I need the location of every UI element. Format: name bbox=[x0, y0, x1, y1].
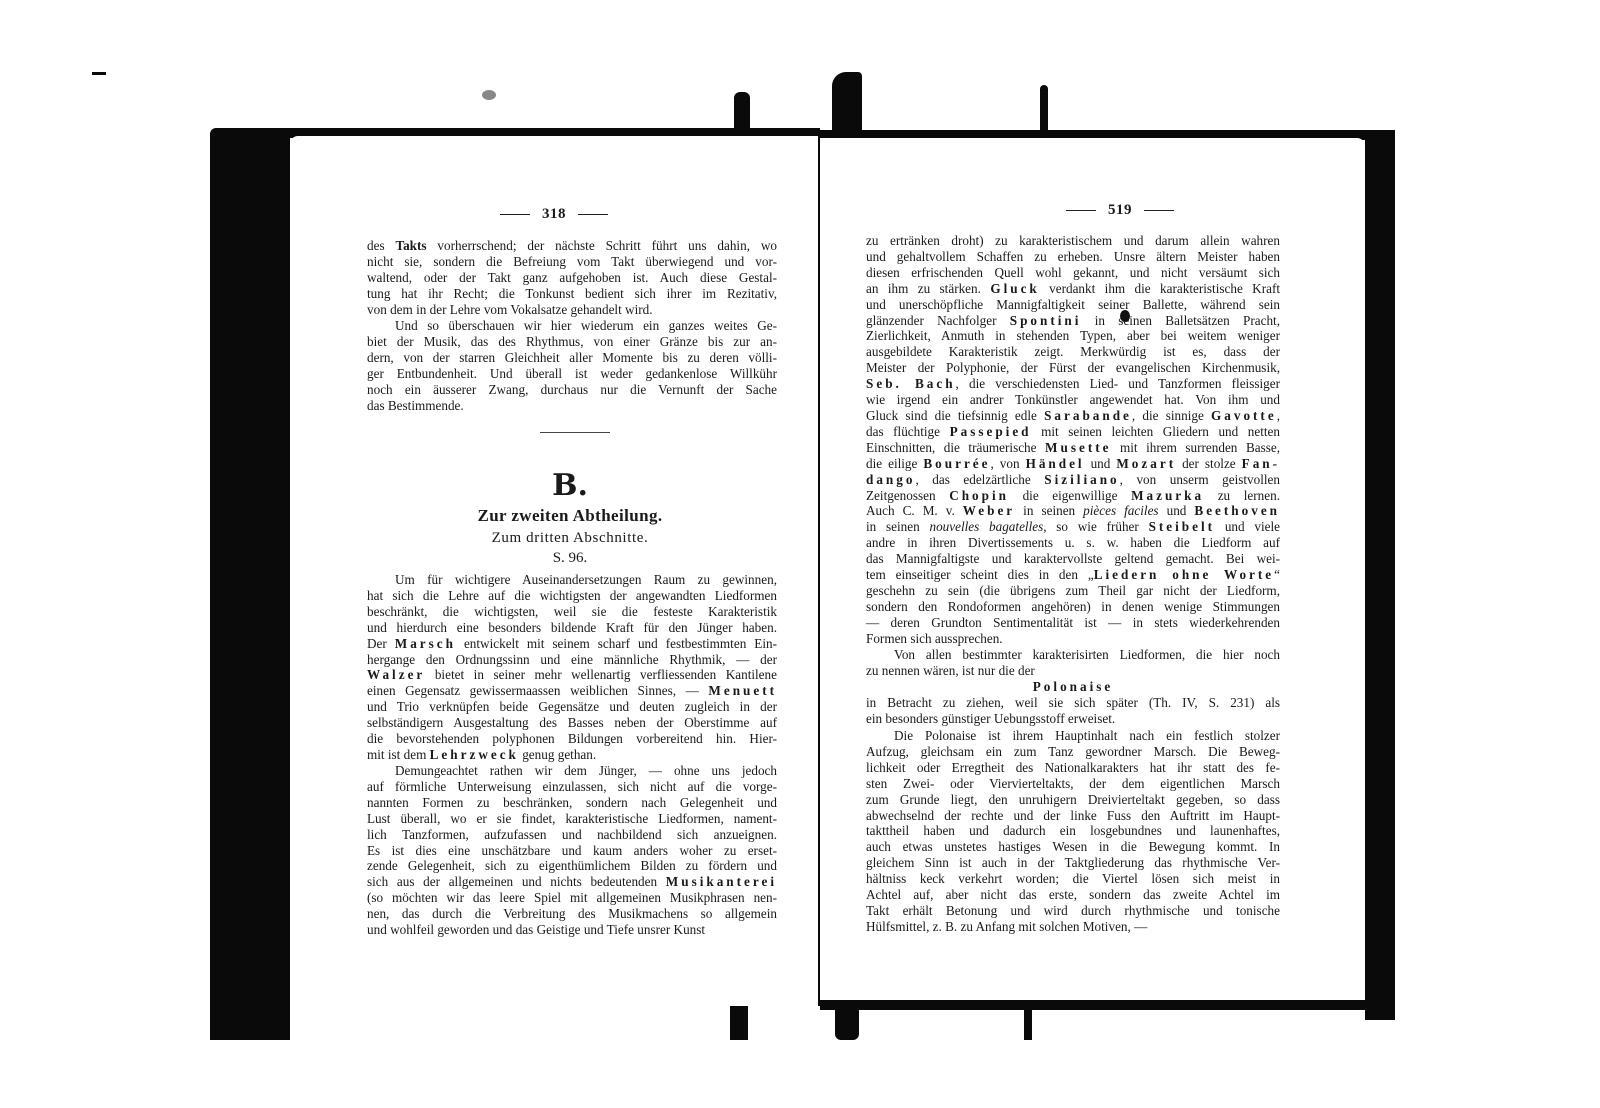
text-line: und hierdurch eine besonders bildende Kr… bbox=[367, 620, 777, 636]
clip-left-bottom bbox=[730, 1006, 748, 1040]
clip-left-top bbox=[734, 92, 750, 134]
text-line: Hülfsmittel, z. B. zu Anfang mit solchen… bbox=[866, 919, 1280, 935]
text-line: takttheil haben und dadurch ein losgebun… bbox=[866, 823, 1280, 839]
clip-right-top bbox=[1040, 85, 1048, 135]
text-line: und gehaltvollem Schaffen zu erheben. Un… bbox=[866, 249, 1280, 265]
page-number-right: 519 bbox=[820, 202, 1420, 219]
text-line: Und so überschauen wir hier wiederum ein… bbox=[367, 318, 777, 334]
polonaise-term: Polonaise bbox=[866, 679, 1280, 695]
text-line: Zierlichkeit, Anmuth in stehenden Typen,… bbox=[866, 328, 1280, 344]
text-line: einen Gegensatz gewissermaassen weiblich… bbox=[367, 683, 777, 699]
right-paragraph-liedformen-intro: Von allen bestimmter karakterisirten Lie… bbox=[866, 647, 1280, 679]
text-line: zu ertränken droht) zu karakteristischem… bbox=[866, 233, 1280, 249]
ink-blot bbox=[1120, 310, 1130, 322]
text-line: sten Zwei- oder Vierviertelta­kts, der d… bbox=[866, 776, 1280, 792]
text-line: Formen sich aussprechen. bbox=[866, 631, 1280, 647]
text-line: an ihm zu stärken. Gluck verdankt ihm di… bbox=[866, 281, 1280, 297]
text-line: lichkeit oder Erregtheit des Nationalkar… bbox=[866, 760, 1280, 776]
page-number-left: 318 bbox=[290, 206, 818, 223]
right-paragraph-masters: zu ertränken droht) zu karakteristischem… bbox=[866, 233, 1280, 647]
text-line: zu nennen wären, ist nur die der bbox=[866, 663, 1280, 679]
text-line: auf förmliche Unterweisung einzulassen, … bbox=[367, 779, 777, 795]
dust-speck bbox=[482, 90, 496, 100]
text-line: Es ist dies eine unschätzbare und kaum a… bbox=[367, 843, 777, 859]
text-line: Um für wichtigere Auseinandersetzungen R… bbox=[367, 572, 777, 588]
left-continuation-text: des Takts vorherrschend; der nächste Sch… bbox=[367, 238, 777, 318]
book-cover-left-edge bbox=[210, 128, 290, 1040]
text-line: Von allen bestimmter karakterisirten Lie… bbox=[866, 647, 1280, 663]
section-divider-rule bbox=[540, 432, 610, 433]
text-line: in Betracht zu ziehen, weil sie sich spä… bbox=[866, 695, 1280, 711]
text-line: die bevorstehenden polyphonen Bildungen … bbox=[367, 731, 777, 747]
text-line: selbständigern Ausgestaltung des Basses … bbox=[367, 715, 777, 731]
text-line: das flüchtige Passepied mit seinen leich… bbox=[866, 424, 1280, 440]
text-line: Takt erhält Betonung und wird durch rhyt… bbox=[866, 903, 1280, 919]
text-line: diesen erfrischenden Quell wohl gekannt,… bbox=[866, 265, 1280, 281]
text-line: (so möchten wir das leere Spiel mit allg… bbox=[367, 890, 777, 906]
text-line: waltend, oder der Takt ganz aufgehoben i… bbox=[367, 270, 777, 286]
text-line: biet der Musik, das des Rhythmus, von ei… bbox=[367, 334, 777, 350]
left-paragraph-liedformen: Um für wichtigere Auseinandersetzungen R… bbox=[367, 572, 777, 763]
text-line: ausgebildete Karakteristik zeigt. Merkwü… bbox=[866, 344, 1280, 360]
text-line: die eilige Bourrée, von Händel und Mozar… bbox=[866, 456, 1280, 472]
text-line: und wohlfeil geworden und das Geistige u… bbox=[367, 922, 777, 938]
text-line: nannten Formen zu beschränken, sondern n… bbox=[367, 795, 777, 811]
text-line: das Bestimmende. bbox=[367, 398, 777, 414]
section-subtitle: Zum dritten Abschnitte. bbox=[290, 530, 850, 547]
text-line: geschehn zu sein (die übrigens zum Theil… bbox=[866, 583, 1280, 599]
text-line: sich aus der allgemeinen und nichts bede… bbox=[367, 874, 777, 890]
left-paragraph-rhythm-summary: Und so überschauen wir hier wiederum ein… bbox=[367, 318, 777, 413]
page-number-dash bbox=[578, 214, 608, 215]
text-line: von dem in der Lehre vom Vokalsatze geha… bbox=[367, 302, 777, 318]
text-line: Aufzug, gleichsam ein zum Tanz gewordner… bbox=[866, 744, 1280, 760]
text-line: nicht sie, sondern die Befreiung vom Tak… bbox=[367, 254, 777, 270]
text-line: beschränkt, die wichtigsten, weil sie di… bbox=[367, 604, 777, 620]
text-line: das Mannigfaltigste und karaktervollste … bbox=[866, 551, 1280, 567]
text-line: Walzer bietet in seiner mehr wellenartig… bbox=[367, 667, 777, 683]
page-number-dash bbox=[1066, 210, 1096, 211]
text-line: Gluck sind die tiefsinnig edle Sarabande… bbox=[866, 408, 1280, 424]
text-line: dern, von der starren Gleichheit aller M… bbox=[367, 350, 777, 366]
text-line: in seinen nouvelles bagatelles, so wie f… bbox=[866, 519, 1280, 535]
text-line: Meister der Polyphonie, der Fürst der ev… bbox=[866, 360, 1280, 376]
text-line: Achtel auf, aber nicht das erste, sonder… bbox=[866, 887, 1280, 903]
left-paragraph-demungeachtet: Demungeachtet rathen wir dem Jünger, — o… bbox=[367, 763, 777, 938]
text-line: tem einseitiger scheint dies in den „Lie… bbox=[866, 567, 1280, 583]
text-line: Demungeachtet rathen wir dem Jünger, — o… bbox=[367, 763, 777, 779]
clip-center-top bbox=[832, 72, 862, 136]
right-paragraph-polonaise-ref: in Betracht zu ziehen, weil sie sich spä… bbox=[866, 695, 1280, 727]
text-line: sondern den Rondoformen angehören) in de… bbox=[866, 599, 1280, 615]
text-line: andre in ihren Divertissements u. s. w. … bbox=[866, 535, 1280, 551]
text-line: ger Entbundenheit. Und überall ist weder… bbox=[367, 366, 777, 382]
text-line: nen, das durch die Verbreitung des Musik… bbox=[367, 906, 777, 922]
text-line: tung hat ihr Recht; die Tonkunst bedient… bbox=[367, 286, 777, 302]
right-page: 519 zu ertränken droht) zu karakteristis… bbox=[820, 138, 1365, 1000]
text-line: — deren Grundton Sentimentalität ist — i… bbox=[866, 615, 1280, 631]
text-line: zum Grunde liegt, den unruhigern Dreivie… bbox=[866, 792, 1280, 808]
text-line: noch ein äusserer Zwang, durchaus nur di… bbox=[367, 382, 777, 398]
text-line: Lust überall, wo er sie findet, karakter… bbox=[367, 811, 777, 827]
text-line: gleichem Sinn ist auch in der Taktgliede… bbox=[866, 855, 1280, 871]
text-line: Zeitgenossen Chopin die eigenwillige Maz… bbox=[866, 488, 1280, 504]
clip-center-bottom bbox=[835, 1006, 859, 1040]
text-line: glänzender Nachfolger Spontini in seinen… bbox=[866, 313, 1280, 329]
text-line: abwechselnd der rechte und der linke Fus… bbox=[866, 808, 1280, 824]
text-line: lich Tanzformen, aufzufassen und nachbil… bbox=[367, 827, 777, 843]
text-line: Einschnitten, die träumerische Musette m… bbox=[866, 440, 1280, 456]
text-line: des Takts vorherrschend; der nächste Sch… bbox=[367, 238, 777, 254]
right-paragraph-polonaise: Die Polonaise ist ihrem Hauptinhalt nach… bbox=[866, 728, 1280, 935]
text-line: und unerschöpfliche Mannigfaltigkeit sei… bbox=[866, 297, 1280, 313]
text-line: wie irgend ein andrer Tonkünstler angewe… bbox=[866, 392, 1280, 408]
clip-right-bottom bbox=[1024, 1006, 1032, 1040]
text-line: Die Polonaise ist ihrem Hauptinhalt nach… bbox=[866, 728, 1280, 744]
text-line: Der Marsch entwickelt mit seinem scharf … bbox=[367, 636, 777, 652]
text-line: Auch C. M. v. Weber in seinen pièces fac… bbox=[866, 503, 1280, 519]
text-line: hältniss keck verkehrt worden; die Viert… bbox=[866, 871, 1280, 887]
book-bottom-edge-right bbox=[820, 1000, 1395, 1010]
scan-mark-top-left bbox=[92, 72, 106, 75]
text-line: ein besonders günstiger Uebungsstoff erw… bbox=[866, 711, 1280, 727]
page-number-dash bbox=[1144, 210, 1174, 211]
left-page: 318 des Takts vorherrschend; der nächste… bbox=[290, 136, 818, 1006]
text-line: hergange den Ordnungssinn und eine männl… bbox=[367, 652, 777, 668]
text-line: auch etwas unstetes hastiges Wesen in di… bbox=[866, 839, 1280, 855]
text-line: Seb. Bach, die verschiedensten Lied- und… bbox=[866, 376, 1280, 392]
text-line: und Trio verknüpfen beide Gegensätze und… bbox=[367, 699, 777, 715]
text-line: dango, das edelzärtliche Siziliano, von … bbox=[866, 472, 1280, 488]
text-line: mit ist dem Lehrzweck genug gethan. bbox=[367, 747, 777, 763]
text-line: zende Gelegenheit, sich zu eigenthümlich… bbox=[367, 858, 777, 874]
book-cover-right-edge bbox=[1365, 130, 1395, 1020]
section-title: Zur zweiten Abtheilung. bbox=[290, 506, 850, 526]
page-number-dash bbox=[500, 214, 530, 215]
section-reference: S. 96. bbox=[290, 550, 850, 567]
text-line: hat sich die Lehre auf die wichtigsten d… bbox=[367, 588, 777, 604]
section-letter: B. bbox=[290, 468, 850, 503]
